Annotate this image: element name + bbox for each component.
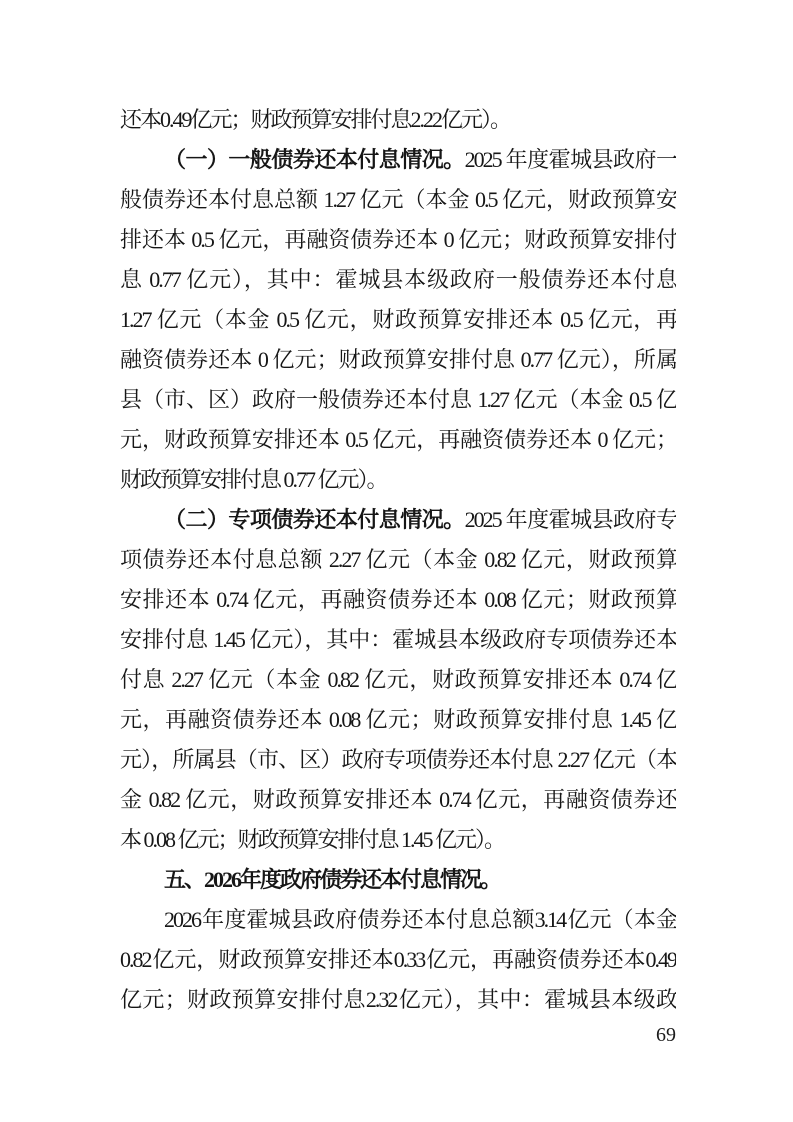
text-line: 元），所属县（市、区）政府专项债券还本付息 2.27 亿元（本 bbox=[120, 740, 676, 780]
text-line: 安排还本 0.74 亿元，再融资债券还本 0.08 亿元；财政预算 bbox=[120, 580, 676, 620]
body-text: 排还本 0.5 亿元，再融资债券还本 0 亿元；财政预算安排付 bbox=[120, 227, 676, 252]
body-text: 安排付息 1.45 亿元），其中：霍城县本级政府专项债券还本 bbox=[120, 627, 676, 652]
text-line: 还本0.49亿元；财政预算安排付息2.22亿元）。 bbox=[120, 100, 676, 140]
body-text: 元，财政预算安排还本 0.5 亿元，再融资债券还本 0 亿元； bbox=[120, 427, 676, 452]
text-line: 本 0.08 亿元；财政预算安排付息 1.45 亿元）。 bbox=[120, 820, 676, 860]
body-text: 还本0.49亿元；财政预算安排付息2.22亿元）。 bbox=[120, 107, 510, 132]
text-line: 安排付息 1.45 亿元），其中：霍城县本级政府专项债券还本 bbox=[120, 620, 676, 660]
body-text: 财政预算安排付息 0.77 亿元）。 bbox=[120, 467, 387, 492]
text-line: （一）一般债券还本付息情况。2025 年度霍城县政府一 bbox=[120, 140, 676, 180]
text-line: 般债券还本付息总额 1.27 亿元（本金 0.5 亿元，财政预算安 bbox=[120, 180, 676, 220]
body-text: 项债券还本付息总额 2.27 亿元（本金 0.82 亿元，财政预算 bbox=[120, 547, 676, 572]
body-text: 元，再融资债券还本 0.08 亿元；财政预算安排付息 1.45 亿 bbox=[120, 707, 676, 732]
text-line: 融资债券还本 0 亿元；财政预算安排付息 0.77 亿元），所属 bbox=[120, 340, 676, 380]
body-text: 亿元；财政预算安排付息2.32亿元），其中：霍城县本级政 bbox=[120, 987, 676, 1012]
text-line: 五、2026年度政府债券还本付息情况。 bbox=[120, 860, 676, 900]
text-line: 0.82亿元，财政预算安排还本0.33亿元，再融资债券还本0.49 bbox=[120, 940, 676, 980]
text-line: 息 0.77 亿元），其中：霍城县本级政府一般债券还本付息 bbox=[120, 260, 676, 300]
body-text: 2025 年度霍城县政府专 bbox=[465, 507, 676, 532]
body-text: 本 0.08 亿元；财政预算安排付息 1.45 亿元）。 bbox=[120, 827, 504, 852]
body-text: 般债券还本付息总额 1.27 亿元（本金 0.5 亿元，财政预算安 bbox=[120, 187, 676, 212]
section-heading-text: 五、2026年度政府债券还本付息情况。 bbox=[164, 867, 500, 892]
body-text: 付息 2.27 亿元（本金 0.82 亿元，财政预算安排还本 0.74 亿 bbox=[120, 667, 676, 692]
text-line: 付息 2.27 亿元（本金 0.82 亿元，财政预算安排还本 0.74 亿 bbox=[120, 660, 676, 700]
body-text: 融资债券还本 0 亿元；财政预算安排付息 0.77 亿元），所属 bbox=[120, 347, 676, 372]
text-line: 1.27 亿元（本金 0.5 亿元，财政预算安排还本 0.5 亿元，再 bbox=[120, 300, 676, 340]
body-text: 2026年度霍城县政府债券还本付息总额3.14亿元（本金 bbox=[164, 907, 676, 932]
text-line: 金 0.82 亿元，财政预算安排还本 0.74 亿元，再融资债券还 bbox=[120, 780, 676, 820]
text-line: 亿元；财政预算安排付息2.32亿元），其中：霍城县本级政 bbox=[120, 980, 676, 1020]
text-line: （二）专项债券还本付息情况。2025 年度霍城县政府专 bbox=[120, 500, 676, 540]
body-text: 1.27 亿元（本金 0.5 亿元，财政预算安排还本 0.5 亿元，再 bbox=[120, 307, 676, 332]
text-line: 元，再融资债券还本 0.08 亿元；财政预算安排付息 1.45 亿 bbox=[120, 700, 676, 740]
text-line: 县（市、区）政府一般债券还本付息 1.27 亿元（本金 0.5 亿 bbox=[120, 380, 676, 420]
page-number: 69 bbox=[120, 1022, 680, 1048]
body-text: 息 0.77 亿元），其中：霍城县本级政府一般债券还本付息 bbox=[120, 267, 676, 292]
text-line: 元，财政预算安排还本 0.5 亿元，再融资债券还本 0 亿元； bbox=[120, 420, 676, 460]
body-text: 县（市、区）政府一般债券还本付息 1.27 亿元（本金 0.5 亿 bbox=[120, 387, 676, 412]
body-text: 0.82亿元，财政预算安排还本0.33亿元，再融资债券还本0.49 bbox=[120, 947, 676, 972]
text-line: 排还本 0.5 亿元，再融资债券还本 0 亿元；财政预算安排付 bbox=[120, 220, 676, 260]
document-body: 还本0.49亿元；财政预算安排付息2.22亿元）。（一）一般债券还本付息情况。2… bbox=[120, 100, 676, 1020]
body-text: 金 0.82 亿元，财政预算安排还本 0.74 亿元，再融资债券还 bbox=[120, 787, 676, 812]
body-text: 元），所属县（市、区）政府专项债券还本付息 2.27 亿元（本 bbox=[120, 747, 676, 772]
body-text: 2025 年度霍城县政府一 bbox=[465, 147, 676, 172]
text-line: 财政预算安排付息 0.77 亿元）。 bbox=[120, 460, 676, 500]
section-heading-text: （二）专项债券还本付息情况。 bbox=[164, 507, 465, 532]
document-page: 还本0.49亿元；财政预算安排付息2.22亿元）。（一）一般债券还本付息情况。2… bbox=[0, 0, 793, 1122]
text-line: 2026年度霍城县政府债券还本付息总额3.14亿元（本金 bbox=[120, 900, 676, 940]
text-line: 项债券还本付息总额 2.27 亿元（本金 0.82 亿元，财政预算 bbox=[120, 540, 676, 580]
body-text: 安排还本 0.74 亿元，再融资债券还本 0.08 亿元；财政预算 bbox=[120, 587, 676, 612]
section-heading-text: （一）一般债券还本付息情况。 bbox=[164, 147, 465, 172]
